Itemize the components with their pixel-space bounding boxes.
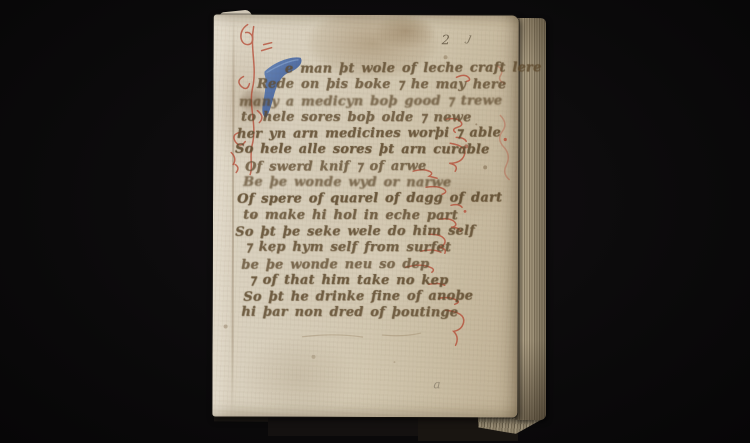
manuscript-text-line: So þt he drinke fine of anoþe <box>243 288 513 306</box>
manuscript-text-line: So þt þe seke wele do him self <box>235 223 513 241</box>
manuscript-text-line: be þe wonde neu so dep <box>241 256 513 274</box>
manuscript-text-line: Of spere of quarel of dagg of dart <box>237 191 513 209</box>
quire-signature: a <box>433 377 440 391</box>
manuscript-page: 2 ȷ a <box>212 14 518 417</box>
manuscript-text-line: ⁊ of that him take no kep <box>249 273 513 290</box>
book-fore-edge <box>515 18 546 420</box>
text-block: e man þt wole of leche craft lere Rede o… <box>235 61 513 322</box>
manuscript-text-line: Rede on þis boke ⁊ he may here <box>257 77 513 94</box>
manuscript-text-line: hi þar non dred of þoutinge <box>241 305 513 322</box>
folio-number: 2 <box>442 33 451 48</box>
photo-background: 2 ȷ a <box>0 0 750 443</box>
manuscript-text-line: Of swerd knif ⁊ of arwe <box>245 158 513 176</box>
folio-corner-mark: ȷ <box>466 30 473 44</box>
parchment-specks <box>214 14 216 16</box>
manuscript-text-line: to make hi hol in eche part <box>243 207 513 224</box>
manuscript-text-line: e man þt wole of leche craft lere <box>285 60 513 77</box>
manuscript-text-line: So hele alle sores þt arn curable <box>235 142 513 159</box>
manuscript-text-line: Be þe wonde wyd or narwe <box>243 175 513 192</box>
manuscript-text-line: to hele sores boþ olde ⁊ newe <box>241 110 513 127</box>
manuscript-book: 2 ȷ a <box>210 10 546 436</box>
manuscript-text-line: many a medicyn boþ good ⁊ trewe <box>239 93 513 111</box>
manuscript-text-line: her yn arn medicines worþi ⁊ able <box>237 125 513 143</box>
manuscript-text-line: ⁊ kep hym self from surfet <box>245 240 513 257</box>
